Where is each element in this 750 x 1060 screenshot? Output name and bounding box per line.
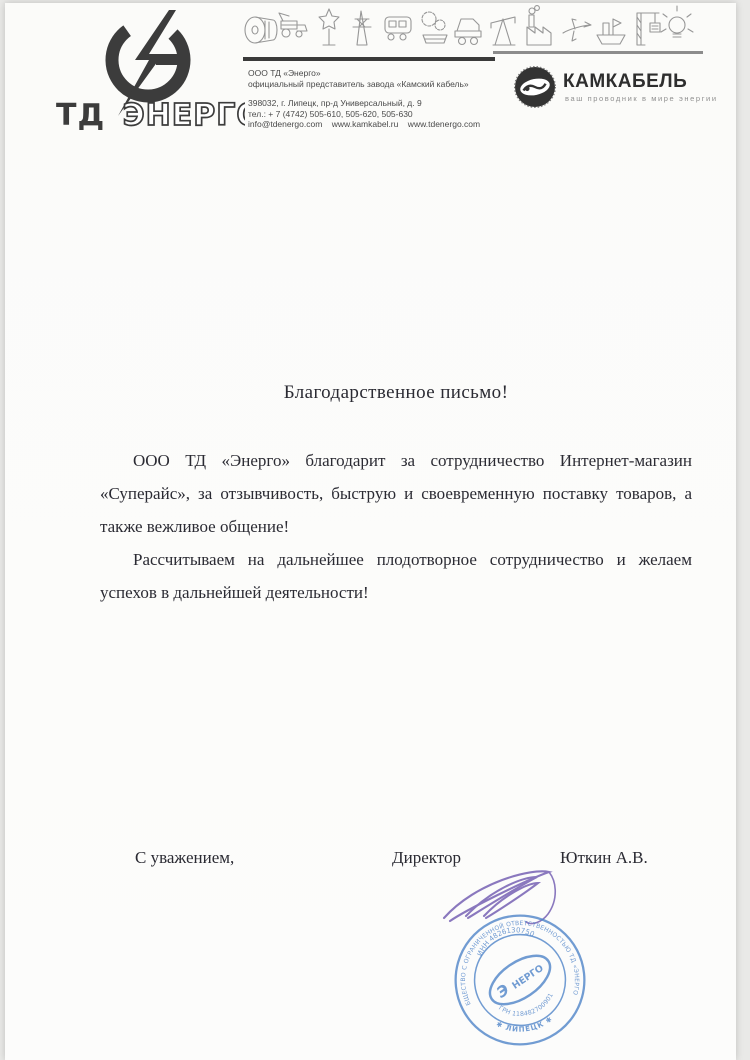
closing-text: С уважением, <box>135 848 234 868</box>
td-energo-logo: ТД ЭНЕРГО <box>50 10 245 132</box>
factory-icon <box>527 6 551 45</box>
divider-dark <box>243 57 495 61</box>
svg-text:ТД ЭНЕРГО: ТД ЭНЕРГО <box>56 98 245 132</box>
construction-crane-icon <box>637 13 660 45</box>
ship-icon <box>597 19 625 44</box>
letter-paragraph: Рассчитываем на дальнейшее плодотворное … <box>100 543 692 609</box>
letter-paragraph: ООО ТД «Энерго» благодарит за сотрудниче… <box>100 444 692 543</box>
svg-text:Э НЕРГО: Э НЕРГО <box>493 958 546 1002</box>
signer-name: Юткин А.В. <box>560 848 648 868</box>
gears-excavator-icon <box>422 12 447 43</box>
position-title: Директор <box>392 848 461 868</box>
contact-phone: тел.: + 7 (4742) 505-610, 505-620, 505-6… <box>248 109 508 120</box>
combine-harvester-icon <box>279 13 307 37</box>
contact-links: info@tdenergo.com www.kamkabel.ru www.td… <box>248 119 508 130</box>
scanned-letter: ТД ЭНЕРГО ООО ТД «Энерго» официальный пр… <box>0 0 750 1060</box>
train-icon <box>385 17 411 40</box>
letter-title: Благодарственное письмо! <box>100 382 692 404</box>
industrial-icons-band <box>243 3 708 53</box>
dump-truck-icon <box>455 19 481 45</box>
stamp-center-big: Э <box>493 981 512 1002</box>
contact-subtitle: официальный представитель завода «Камски… <box>248 79 508 90</box>
cable-spool-icon <box>245 17 277 43</box>
contact-company: ООО ТД «Энерго» <box>248 68 508 79</box>
letter-body: ООО ТД «Энерго» благодарит за сотрудниче… <box>100 444 692 609</box>
contact-block: ООО ТД «Энерго» официальный представител… <box>248 68 508 130</box>
logo-energo-text: ЭНЕРГО <box>123 98 245 132</box>
kamkabel-tagline: ваш проводник в мире энергии <box>565 94 718 103</box>
divider-gray <box>493 51 703 54</box>
power-pylon-icon <box>353 11 371 45</box>
kamkabel-emblem-icon <box>513 65 557 109</box>
company-stamp: ОБЩЕСТВО С ОГРАНИЧЕННОЙ ОТВЕТСТВЕННОСТЬЮ… <box>442 902 598 1058</box>
kamkabel-logo: КАМКАБЕЛЬ ваш проводник в мире энергии <box>513 63 728 111</box>
contact-address: 398032, г. Липецк, пр-д Универсальный, д… <box>248 98 508 109</box>
airplane-icon <box>563 19 591 41</box>
oil-pumpjack-icon <box>491 17 515 45</box>
star-pylon-icon <box>319 9 339 45</box>
light-bulb-icon <box>661 6 693 37</box>
kamkabel-name: КАМКАБЕЛЬ <box>563 71 687 93</box>
logo-td-text: ТД <box>56 98 105 132</box>
